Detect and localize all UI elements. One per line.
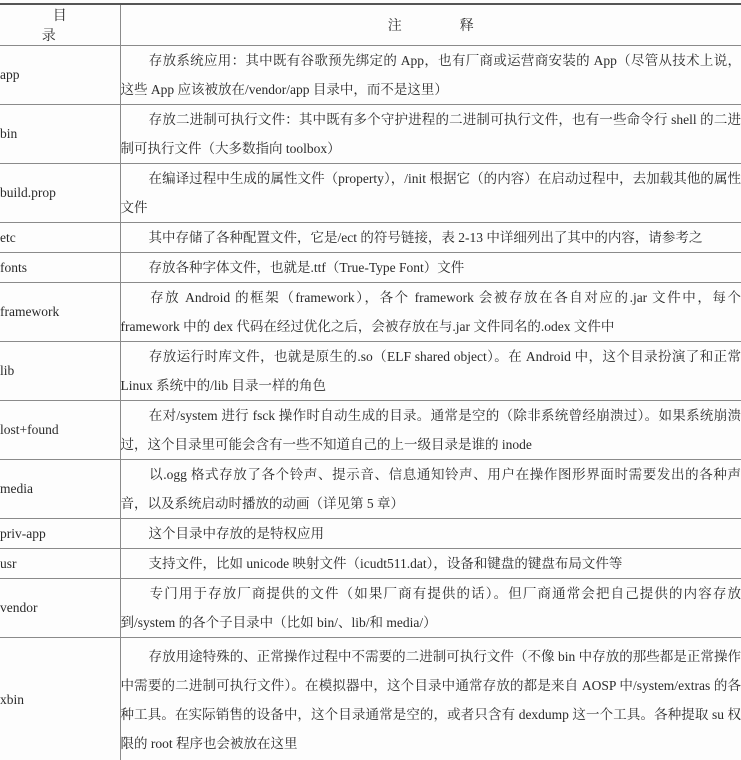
table-row: lib 存放运行时库文件，也就是原生的.so（ELF shared object… — [0, 342, 741, 401]
directory-description: 存放各种字体文件，也就是.ttf（True-Type Font）文件 — [120, 253, 741, 283]
table-row: lost+found 在对/system 进行 fsck 操作时自动生成的目录。… — [0, 401, 741, 460]
table-row: etc 其中存储了各种配置文件，它是/ect 的符号链接，表 2-13 中详细列… — [0, 223, 741, 253]
directory-description: 其中存储了各种配置文件，它是/ect 的符号链接，表 2-13 中详细列出了其中… — [120, 223, 741, 253]
system-directory-table: 目 录 注 释 app 存放系统应用：其中既有谷歌预先绑定的 App，也有厂商或… — [0, 3, 741, 760]
directory-description: 存放 Android 的框架（framework），各个 framework 会… — [120, 283, 741, 342]
table-row: framework 存放 Android 的框架（framework），各个 f… — [0, 283, 741, 342]
directory-description: 存放二进制可执行文件：其中既有多个守护进程的二进制可执行文件，也有一些命令行 s… — [120, 105, 741, 164]
document-page: 目 录 注 释 app 存放系统应用：其中既有谷歌预先绑定的 App，也有厂商或… — [0, 0, 741, 760]
directory-description: 在编译过程中生成的属性文件（property），/init 根据它（的内容）在启… — [120, 164, 741, 223]
directory-name: vendor — [0, 579, 120, 638]
directory-description: 专门用于存放厂商提供的文件（如果厂商有提供的话）。但厂商通常会把自己提供的内容存… — [120, 579, 741, 638]
directory-name: app — [0, 46, 120, 105]
table-row: usr 支持文件，比如 unicode 映射文件（icudt511.dat），设… — [0, 549, 741, 579]
table-row: vendor 专门用于存放厂商提供的文件（如果厂商有提供的话）。但厂商通常会把自… — [0, 579, 741, 638]
table-row: priv-app 这个目录中存放的是特权应用 — [0, 519, 741, 549]
directory-description: 存放运行时库文件，也就是原生的.so（ELF shared object）。在 … — [120, 342, 741, 401]
directory-name: framework — [0, 283, 120, 342]
directory-name: xbin — [0, 638, 120, 760]
table-row: media 以.ogg 格式存放了各个铃声、提示音、信息通知铃声、用户在操作图形… — [0, 460, 741, 519]
directory-name: lost+found — [0, 401, 120, 460]
table-row: xbin 存放用途特殊的、正常操作过程中不需要的二进制可执行文件（不像 bin … — [0, 638, 741, 760]
directory-name: bin — [0, 105, 120, 164]
directory-name: priv-app — [0, 519, 120, 549]
header-directory: 目 录 — [0, 4, 120, 46]
directory-name: lib — [0, 342, 120, 401]
directory-description: 这个目录中存放的是特权应用 — [120, 519, 741, 549]
directory-name: media — [0, 460, 120, 519]
directory-description: 存放系统应用：其中既有谷歌预先绑定的 App，也有厂商或运营商安装的 App（尽… — [120, 46, 741, 105]
directory-description: 支持文件，比如 unicode 映射文件（icudt511.dat），设备和键盘… — [120, 549, 741, 579]
table-row: fonts 存放各种字体文件，也就是.ttf（True-Type Font）文件 — [0, 253, 741, 283]
directory-name: usr — [0, 549, 120, 579]
table-header-row: 目 录 注 释 — [0, 4, 741, 46]
table-row: app 存放系统应用：其中既有谷歌预先绑定的 App，也有厂商或运营商安装的 A… — [0, 46, 741, 105]
directory-name: build.prop — [0, 164, 120, 223]
directory-description: 以.ogg 格式存放了各个铃声、提示音、信息通知铃声、用户在操作图形界面时需要发… — [120, 460, 741, 519]
table-row: bin 存放二进制可执行文件：其中既有多个守护进程的二进制可执行文件，也有一些命… — [0, 105, 741, 164]
directory-description: 存放用途特殊的、正常操作过程中不需要的二进制可执行文件（不像 bin 中存放的那… — [120, 638, 741, 760]
header-description: 注 释 — [120, 4, 741, 46]
directory-name: fonts — [0, 253, 120, 283]
directory-description: 在对/system 进行 fsck 操作时自动生成的目录。通常是空的（除非系统曾… — [120, 401, 741, 460]
table-row: build.prop 在编译过程中生成的属性文件（property），/init… — [0, 164, 741, 223]
directory-name: etc — [0, 223, 120, 253]
